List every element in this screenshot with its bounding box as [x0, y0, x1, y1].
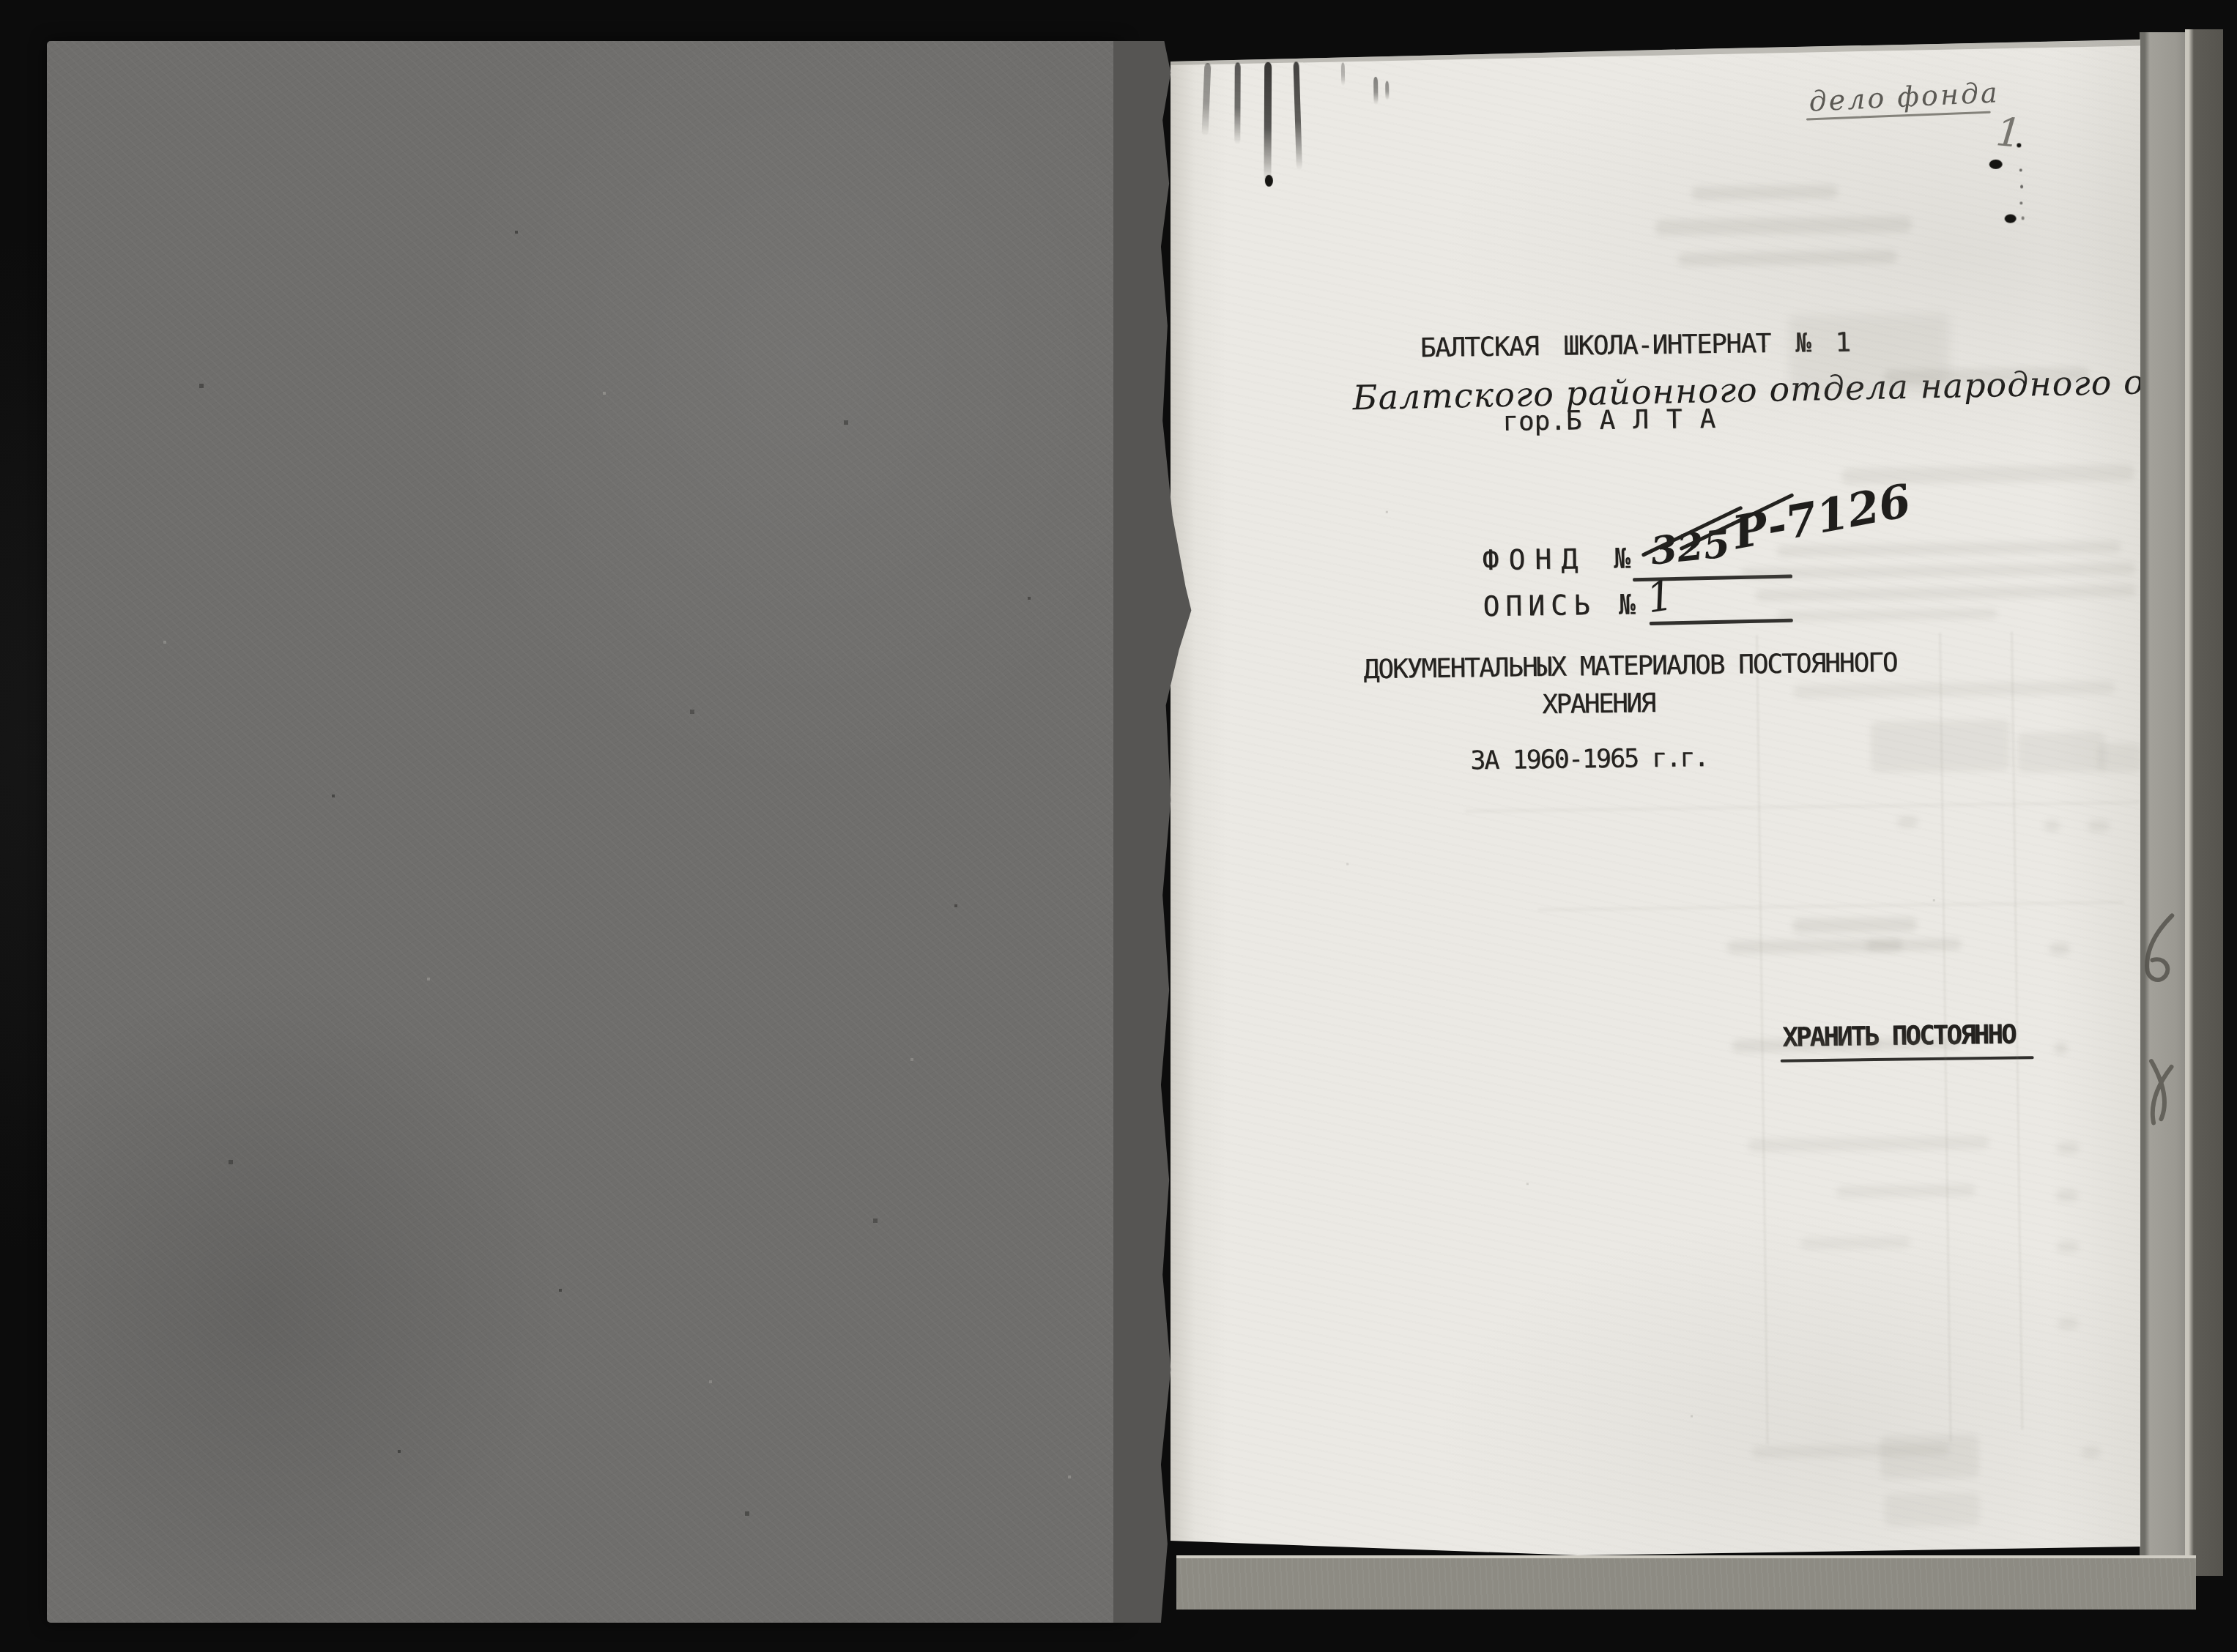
opis-label: ОПИСЬ №: [1483, 590, 1641, 622]
typed-org-title: БАЛТСКАЯ ШКОЛА-ИНТЕРНАТ № 1: [1420, 329, 1850, 362]
ink-streak: [1264, 62, 1272, 181]
ink-streak: [1234, 62, 1240, 144]
bleed-through-cell: [2057, 1240, 2079, 1252]
bleed-through-cell: [2056, 1189, 2078, 1201]
bleed-through-table-header: [2017, 732, 2106, 773]
ink-blot: [2017, 143, 2021, 147]
bleed-through-line: [1884, 367, 2089, 384]
bleed-through-row: [1836, 1184, 1976, 1197]
cover-texture-specks: [47, 41, 48, 42]
ink-streak: [1373, 77, 1378, 105]
bleed-through-cell: [2049, 943, 2070, 955]
ink-speck: [2020, 185, 2023, 188]
back-cover-edge: [2185, 29, 2223, 1576]
bleed-through-cell: [1897, 816, 1918, 827]
bleed-through-line: [1677, 250, 1897, 267]
bleed-through-row: [1880, 1434, 1979, 1479]
bleed-through-row: [1884, 1492, 1980, 1527]
city-prefix: гор.: [1502, 406, 1566, 437]
bleed-through-cell: [2057, 1142, 2079, 1153]
ink-speck: [2019, 168, 2022, 171]
bleed-through-table-rule: [1465, 800, 2139, 813]
keep-note-underline: [1781, 1056, 2034, 1063]
years-line: ЗА 1960-1965 г.г.: [1470, 745, 1708, 775]
doc-type-line1: ДОКУМЕНТАЛЬНЫХ МАТЕРИАЛОВ ПОСТОЯННОГО: [1363, 650, 1896, 684]
bleed-through-row: [1869, 1038, 1961, 1051]
bleed-through-table-rule: [1538, 901, 2124, 912]
page-stack-edge: [2140, 32, 2185, 1571]
bleed-through-row: [1732, 1038, 1878, 1053]
doc-type-line2: ХРАНЕНИЯ: [1542, 690, 1655, 719]
bleed-through-line: [1740, 562, 2136, 579]
title-page: дело фонда 1 БАЛТСКАЯ ШКОЛА-ИНТЕРНАТ № 1…: [1171, 40, 2140, 1560]
ink-speck: [2022, 216, 2025, 220]
bleed-through-cell: [2054, 1043, 2067, 1054]
city-name: БАЛТА: [1566, 404, 1734, 436]
ink-streak: [1341, 62, 1345, 86]
bleed-through-line: [1841, 464, 2134, 484]
bleed-through-line: [1755, 584, 2136, 601]
bleed-through-cell: [2082, 1446, 2101, 1458]
pencil-flourish-mark: [2138, 1054, 2183, 1131]
ink-blot: [1265, 175, 1273, 187]
city-line: гор.БАЛТА: [1502, 406, 1734, 436]
bleed-through-line: [1691, 185, 1838, 201]
ink-speck: [2019, 201, 2022, 204]
bleed-through-row: [1866, 939, 1962, 952]
bottom-cover-strip: [1176, 1555, 2196, 1610]
title-page-content: дело фонда 1 БАЛТСКАЯ ШКОЛА-ИНТЕРНАТ № 1…: [1160, 33, 2150, 1566]
bleed-through-line: [1778, 609, 1997, 622]
bleed-through-row: [1800, 1236, 1910, 1249]
bleed-through-cell: [2044, 820, 2060, 832]
ink-streak: [1293, 62, 1302, 170]
pencil-page-number: 1: [1994, 108, 2023, 157]
bleed-through-table-header: [2098, 743, 2143, 773]
bleed-through-line: [1655, 216, 1912, 236]
bleed-through-cell: [2058, 1318, 2078, 1330]
archival-scan: дело фонда 1 БАЛТСКАЯ ШКОЛА-ИНТЕРНАТ № 1…: [0, 0, 2237, 1652]
bleed-through-line: [1793, 681, 2115, 699]
ink-blot: [1989, 160, 2003, 169]
bleed-through-line: [1792, 917, 1917, 933]
bleed-through-line: [1776, 541, 2121, 557]
ink-streak: [1201, 63, 1211, 136]
opis-underline: [1650, 619, 1793, 625]
fond-label: ФОНД №: [1482, 544, 1640, 576]
ink-blot: [2005, 214, 2017, 223]
ink-streak: [1385, 81, 1389, 100]
bleed-through-cell: [2088, 820, 2110, 832]
bleed-through-row: [1748, 1136, 1989, 1152]
book-cover: [47, 41, 1122, 1623]
